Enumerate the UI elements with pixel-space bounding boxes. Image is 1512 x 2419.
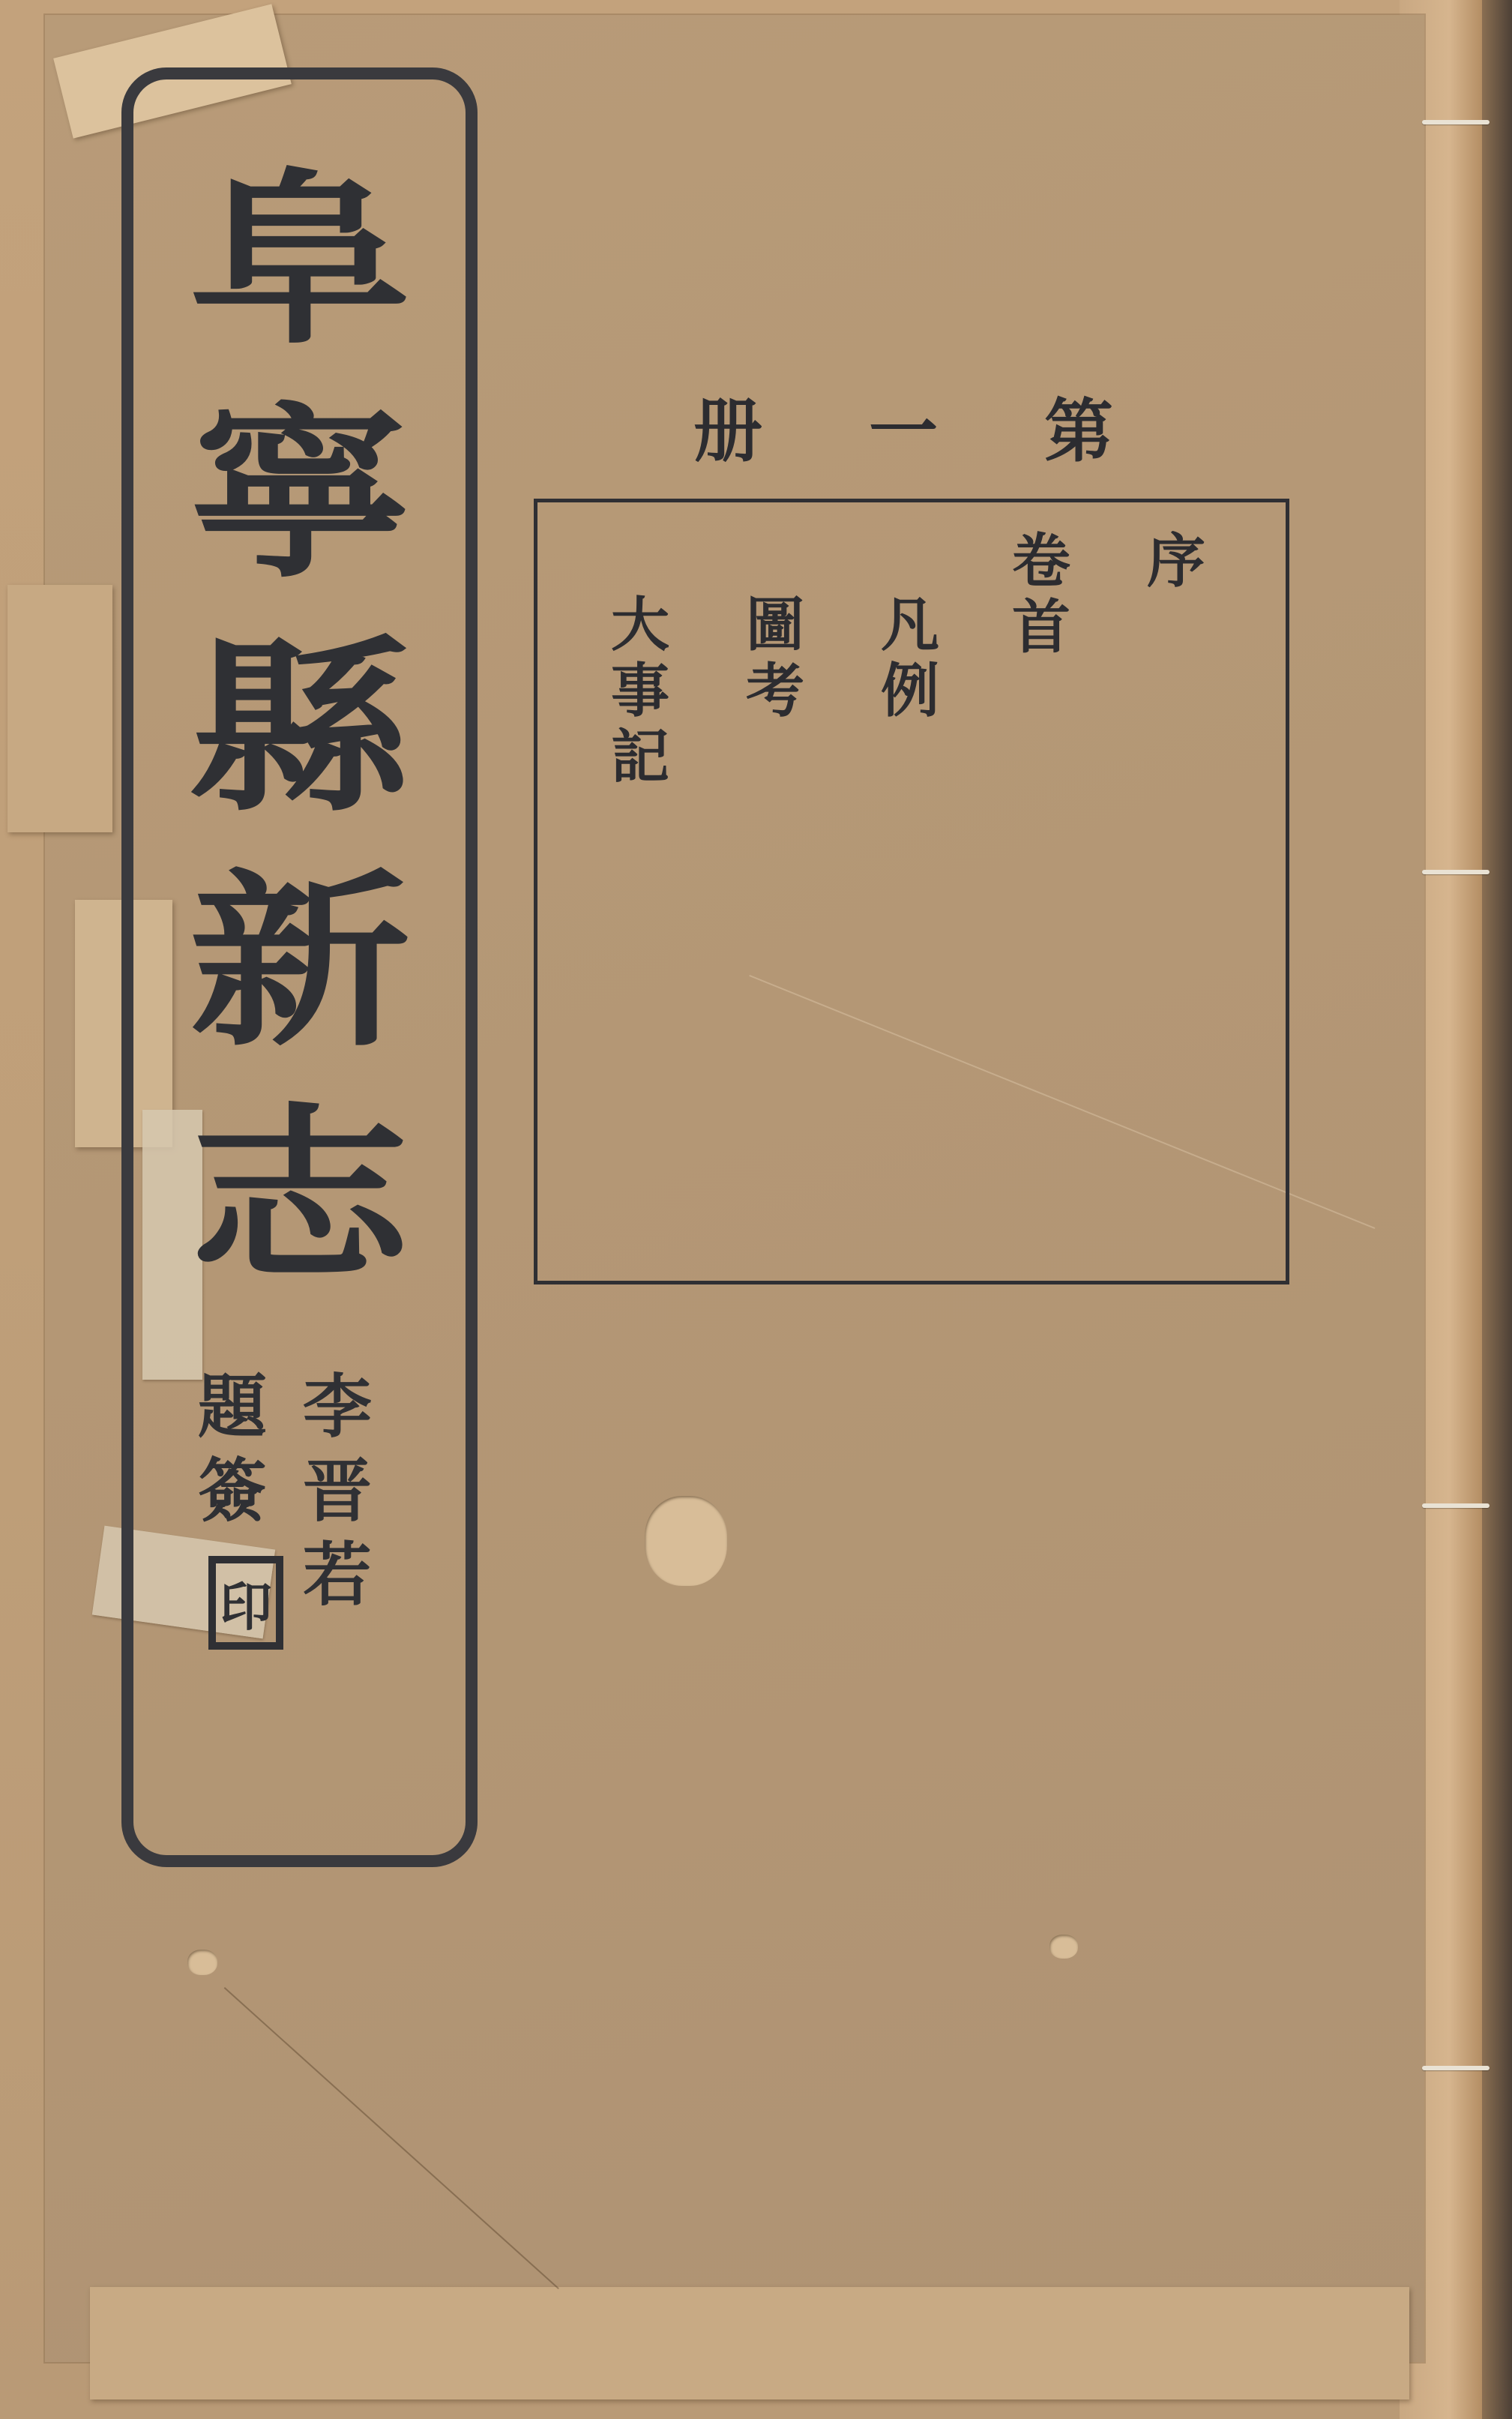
calligrapher-name: 李 晋 若 [296, 1365, 379, 1617]
title-char: 阜 [190, 142, 411, 376]
calligrapher-char: 李 [303, 1365, 372, 1449]
torn-bottom-edge [90, 2287, 1409, 2400]
title-char: 縣 [190, 610, 411, 844]
contents-char: 考 [746, 658, 804, 724]
binding-thread [1422, 870, 1490, 874]
volume-char: 第 [1044, 397, 1113, 466]
paper-hole-small [1049, 1935, 1078, 1959]
inscription-char: 題 [198, 1365, 267, 1449]
contents-char: 例 [881, 658, 939, 724]
contents-item-front-matter: 卷 首 [1012, 529, 1070, 661]
binding-thread [1422, 2066, 1490, 2070]
volume-char: 册 [693, 397, 762, 466]
binding-thread [1422, 1503, 1490, 1508]
torn-flap-left-mid [7, 585, 112, 832]
volume-char: 一 [869, 397, 938, 466]
inscription-char: 簽 [198, 1449, 267, 1533]
paper-hole-small [187, 1950, 217, 1975]
contents-char: 事 [611, 658, 669, 724]
title-char: 寧 [190, 376, 411, 610]
title-char: 新 [190, 844, 411, 1078]
inscription-label: 題 簽 [191, 1365, 274, 1533]
contents-char: 凡 [881, 592, 939, 658]
contents-char: 序 [1147, 529, 1205, 595]
seal-stamp-icon: 印 [208, 1556, 283, 1650]
contents-char: 記 [611, 724, 669, 790]
seal-glyph: 印 [220, 1565, 272, 1641]
contents-char: 圖 [746, 592, 804, 658]
contents-item-general-principles: 凡 例 [881, 592, 939, 724]
contents-char: 首 [1012, 595, 1070, 661]
book-title: 阜 寧 縣 新 志 [157, 142, 442, 1312]
binding-edge [1482, 0, 1512, 2419]
volume-label: 第 一 册 [693, 390, 1113, 472]
paper-hole [645, 1496, 727, 1586]
calligrapher-char: 若 [303, 1533, 372, 1617]
title-char: 志 [190, 1078, 411, 1312]
binding-thread [1422, 120, 1490, 124]
contents-item-preface: 序 [1147, 529, 1205, 595]
calligrapher-char: 晋 [303, 1449, 372, 1533]
contents-item-chronicle: 大 事 記 [611, 592, 669, 790]
contents-item-maps: 圖 考 [746, 592, 804, 724]
contents-char: 卷 [1012, 529, 1070, 595]
contents-char: 大 [611, 592, 669, 658]
